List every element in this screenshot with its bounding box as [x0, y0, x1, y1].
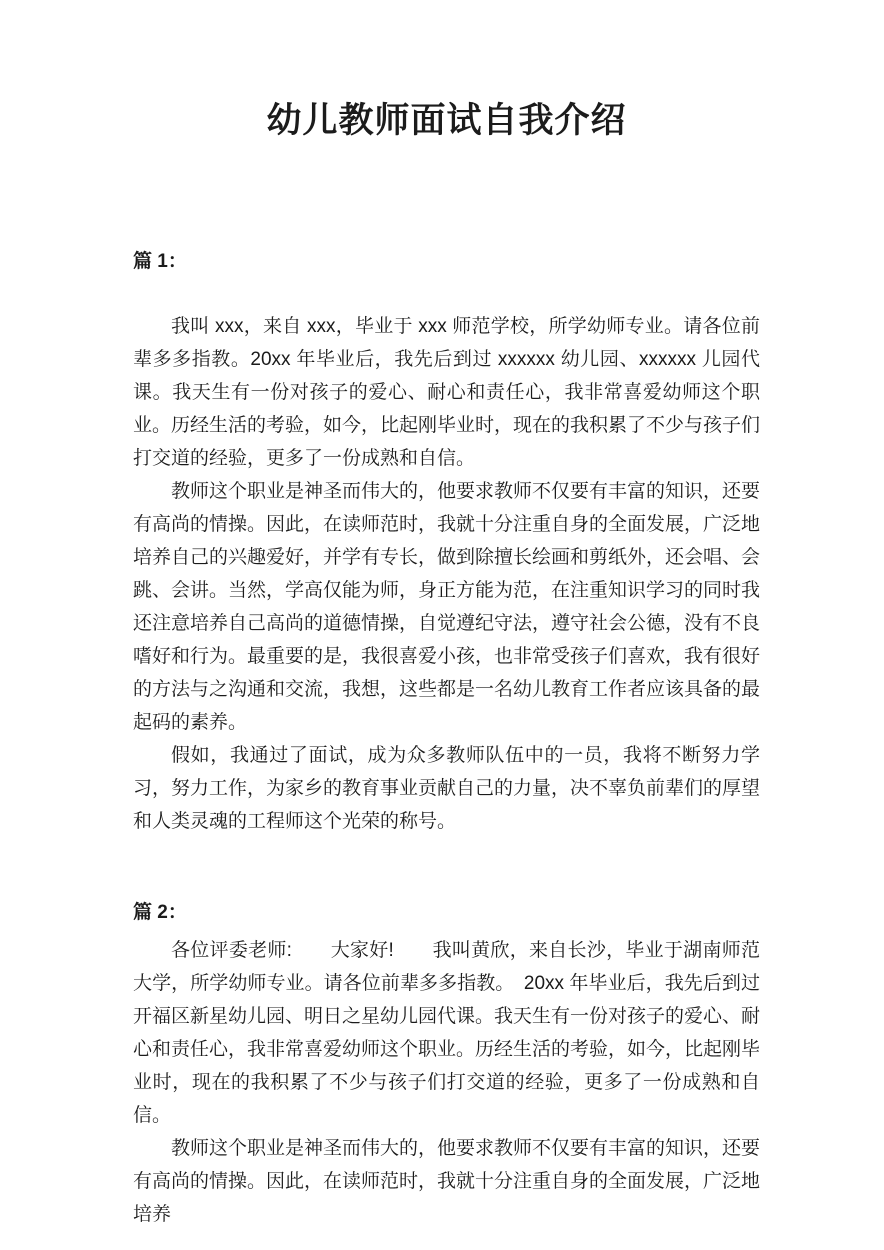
- document-content: 幼儿教师面试自我介绍 篇 1： 我叫 xxx，来自 xxx，毕业于 xxx 师范…: [0, 0, 884, 1231]
- paragraph: 教师这个职业是神圣而伟大的，他要求教师不仅要有丰富的知识，还要有高尚的情操。因此…: [133, 1132, 760, 1231]
- section-1-heading: 篇 1：: [133, 245, 760, 278]
- section-2-heading: 篇 2：: [133, 896, 760, 929]
- paragraph: 各位评委老师: 大家好! 我叫黄欣，来自长沙，毕业于湖南师范大学，所学幼师专业。…: [133, 934, 760, 1132]
- paragraph: 假如，我通过了面试，成为众多教师队伍中的一员，我将不断努力学习，努力工作，为家乡…: [133, 739, 760, 838]
- document-title: 幼儿教师面试自我介绍: [133, 99, 760, 143]
- paragraph: 教师这个职业是神圣而伟大的，他要求教师不仅要有丰富的知识，还要有高尚的情操。因此…: [133, 475, 760, 739]
- paragraph: 我叫 xxx，来自 xxx，毕业于 xxx 师范学校，所学幼师专业。请各位前辈多…: [133, 310, 760, 475]
- section-1: 篇 1： 我叫 xxx，来自 xxx，毕业于 xxx 师范学校，所学幼师专业。请…: [133, 245, 760, 838]
- section-1-body: 我叫 xxx，来自 xxx，毕业于 xxx 师范学校，所学幼师专业。请各位前辈多…: [133, 310, 760, 838]
- document-page: 幼儿教师面试自我介绍 篇 1： 我叫 xxx，来自 xxx，毕业于 xxx 师范…: [0, 0, 884, 1250]
- section-2: 篇 2： 各位评委老师: 大家好! 我叫黄欣，来自长沙，毕业于湖南师范大学，所学…: [133, 896, 760, 1231]
- section-2-body: 各位评委老师: 大家好! 我叫黄欣，来自长沙，毕业于湖南师范大学，所学幼师专业。…: [133, 934, 760, 1231]
